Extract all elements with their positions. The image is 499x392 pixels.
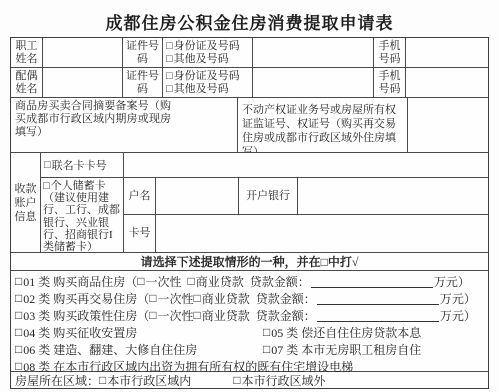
property-cert-number-input-cell[interactable]	[408, 98, 488, 152]
option-01-once-checkbox[interactable]: □	[137, 274, 144, 289]
spouse-row: 配偶姓名 证件号码 □身份证及号码 □其他及号码 手机号码	[11, 68, 488, 98]
option-03-label: 03 类 购买政策性住房（	[23, 307, 149, 324]
option-03-loan-label: 商业贷款	[202, 307, 250, 324]
option-02-checkbox[interactable]: □	[15, 291, 22, 306]
option-04-05-line: □ 04 类 购买征收安置房 □ 05 类 偿还自住住房贷款本息	[15, 324, 484, 341]
page-title: 成都住房公积金住房消费提取申请表	[0, 9, 499, 34]
option-02-once-checkbox[interactable]: □	[149, 291, 156, 306]
account-detail-grid: 户名 开户银行 卡号	[124, 178, 488, 252]
spouse-name-input-cell[interactable]	[43, 68, 123, 97]
option-04-label: 04 类 购买征收安置房	[23, 324, 137, 341]
housing-reference-row: 商品房买卖合同摘要备案号（购买成都市行政区域内期房或现房填写） 不动产权证业务号…	[11, 98, 488, 153]
option-02-amount-label: 贷款金额：	[256, 290, 316, 307]
region-outside-checkbox[interactable]: □	[233, 373, 240, 388]
contract-record-number-label: 商品房买卖合同摘要备案号（购买成都市行政区域内期房或现房填写）	[15, 100, 171, 139]
id-card-option-label: 身份证及号码	[174, 40, 240, 52]
region-outside-label: 本市行政区域外	[242, 372, 326, 389]
option-03-once-checkbox[interactable]: □	[149, 308, 156, 323]
option-02-label: 02 类 购买再交易住房（	[23, 290, 149, 307]
other-cert-checkbox[interactable]: □	[166, 53, 173, 65]
option-01-once-label: 一次性	[146, 273, 182, 290]
card-number-row: 卡号	[124, 215, 488, 252]
option-07-checkbox[interactable]: □	[263, 342, 270, 357]
personal-card-label: 个人储蓄卡（建议使用建行、工行、成都银行、兴业银行、招商银行I类储蓄卡）	[43, 180, 120, 252]
spouse-cert-label: 证件号码	[123, 68, 163, 97]
application-form-table: 职工姓名 证件号码 □身份证及号码 □其他及号码 手机号码 配偶姓名 证件号码 …	[10, 37, 489, 389]
spouse-id-card-option-label: 身份证及号码	[174, 70, 240, 82]
option-02-amount-input[interactable]	[317, 292, 439, 305]
bank-input-cell[interactable]	[298, 178, 488, 214]
bank-label: 开户银行	[239, 178, 298, 214]
option-06-07-line: □ 06 类 建造、翻建、大修自住住房 □ 07 类 本市无房职工租房自住	[15, 341, 484, 358]
joint-card-number-input-cell[interactable]	[124, 153, 488, 177]
spouse-name-label: 配偶姓名	[11, 68, 43, 97]
account-holder-label: 户名	[124, 178, 156, 214]
applicant-row: 职工姓名 证件号码 □身份证及号码 □其他及号码 手机号码	[11, 38, 488, 68]
account-main: □联名卡卡号 □个人储蓄卡（建议使用建行、工行、成都银行、兴业银行、招商银行I类…	[41, 153, 488, 252]
applicant-name-label: 职工姓名	[11, 38, 43, 67]
page: { "title": "成都住房公积金住房消费提取申请表", "icons": …	[0, 0, 499, 392]
account-holder-row: 户名 开户银行	[124, 178, 488, 215]
account-holder-input-cell[interactable]	[156, 178, 239, 214]
option-03-loan-checkbox[interactable]: □	[194, 308, 201, 323]
region-inside-label: 本市行政区域内	[107, 372, 191, 389]
applicant-name-input-cell[interactable]	[43, 38, 123, 67]
applicant-cert-label: 证件号码	[123, 38, 163, 67]
id-card-checkbox[interactable]: □	[166, 40, 173, 52]
option-05-checkbox[interactable]: □	[263, 325, 270, 340]
spouse-cert-options: □身份证及号码 □其他及号码	[163, 68, 253, 97]
spouse-other-cert-checkbox[interactable]: □	[166, 83, 173, 95]
spouse-phone-input-cell[interactable]	[406, 68, 488, 97]
option-01-unit-label: 万元）	[434, 273, 470, 290]
option-02-loan-label: 商业贷款	[202, 290, 250, 307]
option-02-line: □ 02 类 购买再交易住房（ □ 一次性 □ 商业贷款 贷款金额： 万元）	[15, 290, 484, 307]
house-region-label: 房屋所在区域：	[15, 372, 99, 389]
option-02-once-label: 一次性	[158, 290, 194, 307]
option-01-line: □ 01 类 购买商品住房（ □ 一次性 □ 商业贷款 贷款金额： 万元）	[15, 273, 484, 290]
option-01-amount-label: 贷款金额：	[250, 273, 310, 290]
spouse-other-cert-option-label: 其他及号码	[174, 83, 229, 95]
option-05-label: 05 类 偿还自住住房贷款本息	[271, 324, 421, 341]
option-06-checkbox[interactable]: □	[15, 342, 22, 357]
applicant-cert-options: □身份证及号码 □其他及号码	[163, 38, 253, 67]
personal-card-option: □个人储蓄卡（建议使用建行、工行、成都银行、兴业银行、招商银行I类储蓄卡）	[41, 178, 124, 252]
joint-card-option: □联名卡卡号	[41, 153, 124, 177]
applicant-phone-label: 手机号码	[374, 38, 406, 67]
spouse-cert-number-input-cell[interactable]	[253, 68, 374, 97]
property-cert-number-label: 不动产权证业务号或房屋所有权证监证号、权证号（购买再交易住房或成都市行政区域外住…	[242, 103, 404, 152]
account-section-label: 收款账户信息	[11, 153, 41, 252]
property-cert-number-cell: 不动产权证业务号或房屋所有权证监证号、权证号（购买再交易住房或成都市行政区域外住…	[238, 98, 408, 152]
joint-card-label: 联名卡卡号	[52, 157, 107, 173]
personal-card-row: □个人储蓄卡（建议使用建行、工行、成都银行、兴业银行、招商银行I类储蓄卡） 户名…	[41, 178, 488, 252]
option-04-checkbox[interactable]: □	[15, 325, 22, 340]
contract-record-number-cell[interactable]: 商品房买卖合同摘要备案号（购买成都市行政区域内期房或现房填写）	[11, 98, 238, 152]
option-02-unit-label: 万元）	[440, 290, 476, 307]
withdraw-options: □ 01 类 购买商品住房（ □ 一次性 □ 商业贷款 贷款金额： 万元） □ …	[11, 271, 488, 372]
option-01-label: 01 类 购买商品住房（	[23, 273, 137, 290]
applicant-cert-number-input-cell[interactable]	[253, 38, 374, 67]
joint-card-row: □联名卡卡号	[41, 153, 488, 178]
option-03-once-label: 一次性	[158, 307, 194, 324]
other-cert-option-label: 其他及号码	[174, 53, 229, 65]
option-01-amount-input[interactable]	[311, 275, 433, 288]
card-number-input-cell[interactable]	[156, 215, 488, 252]
option-03-amount-input[interactable]	[317, 309, 439, 322]
option-01-checkbox[interactable]: □	[15, 274, 22, 289]
option-03-checkbox[interactable]: □	[15, 308, 22, 323]
option-03-line: □ 03 类 购买政策性住房（ □ 一次性 □ 商业贷款 贷款金额： 万元）	[15, 307, 484, 324]
option-01-loan-label: 商业贷款	[196, 273, 244, 290]
applicant-phone-input-cell[interactable]	[406, 38, 488, 67]
option-02-loan-checkbox[interactable]: □	[194, 291, 201, 306]
option-06-label: 06 类 建造、翻建、大修自住住房	[23, 341, 197, 358]
spouse-id-card-checkbox[interactable]: □	[166, 70, 173, 82]
account-section: 收款账户信息 □联名卡卡号 □个人储蓄卡（建议使用建行、工行、成都银行、兴业银行…	[11, 153, 488, 253]
region-inside-checkbox[interactable]: □	[99, 373, 106, 388]
option-03-unit-label: 万元）	[440, 307, 476, 324]
joint-card-checkbox[interactable]: □	[44, 159, 51, 171]
option-01-loan-checkbox[interactable]: □	[188, 274, 195, 289]
spouse-phone-label: 手机号码	[374, 68, 406, 97]
option-03-amount-label: 贷款金额：	[256, 307, 316, 324]
option-07-label: 07 类 本市无房职工租房自住	[271, 341, 421, 358]
personal-card-checkbox[interactable]: □	[43, 180, 50, 192]
withdraw-instruction-header: 请选择下述提取情形的一种，并在□中打√	[11, 253, 488, 271]
card-number-label: 卡号	[124, 215, 156, 252]
